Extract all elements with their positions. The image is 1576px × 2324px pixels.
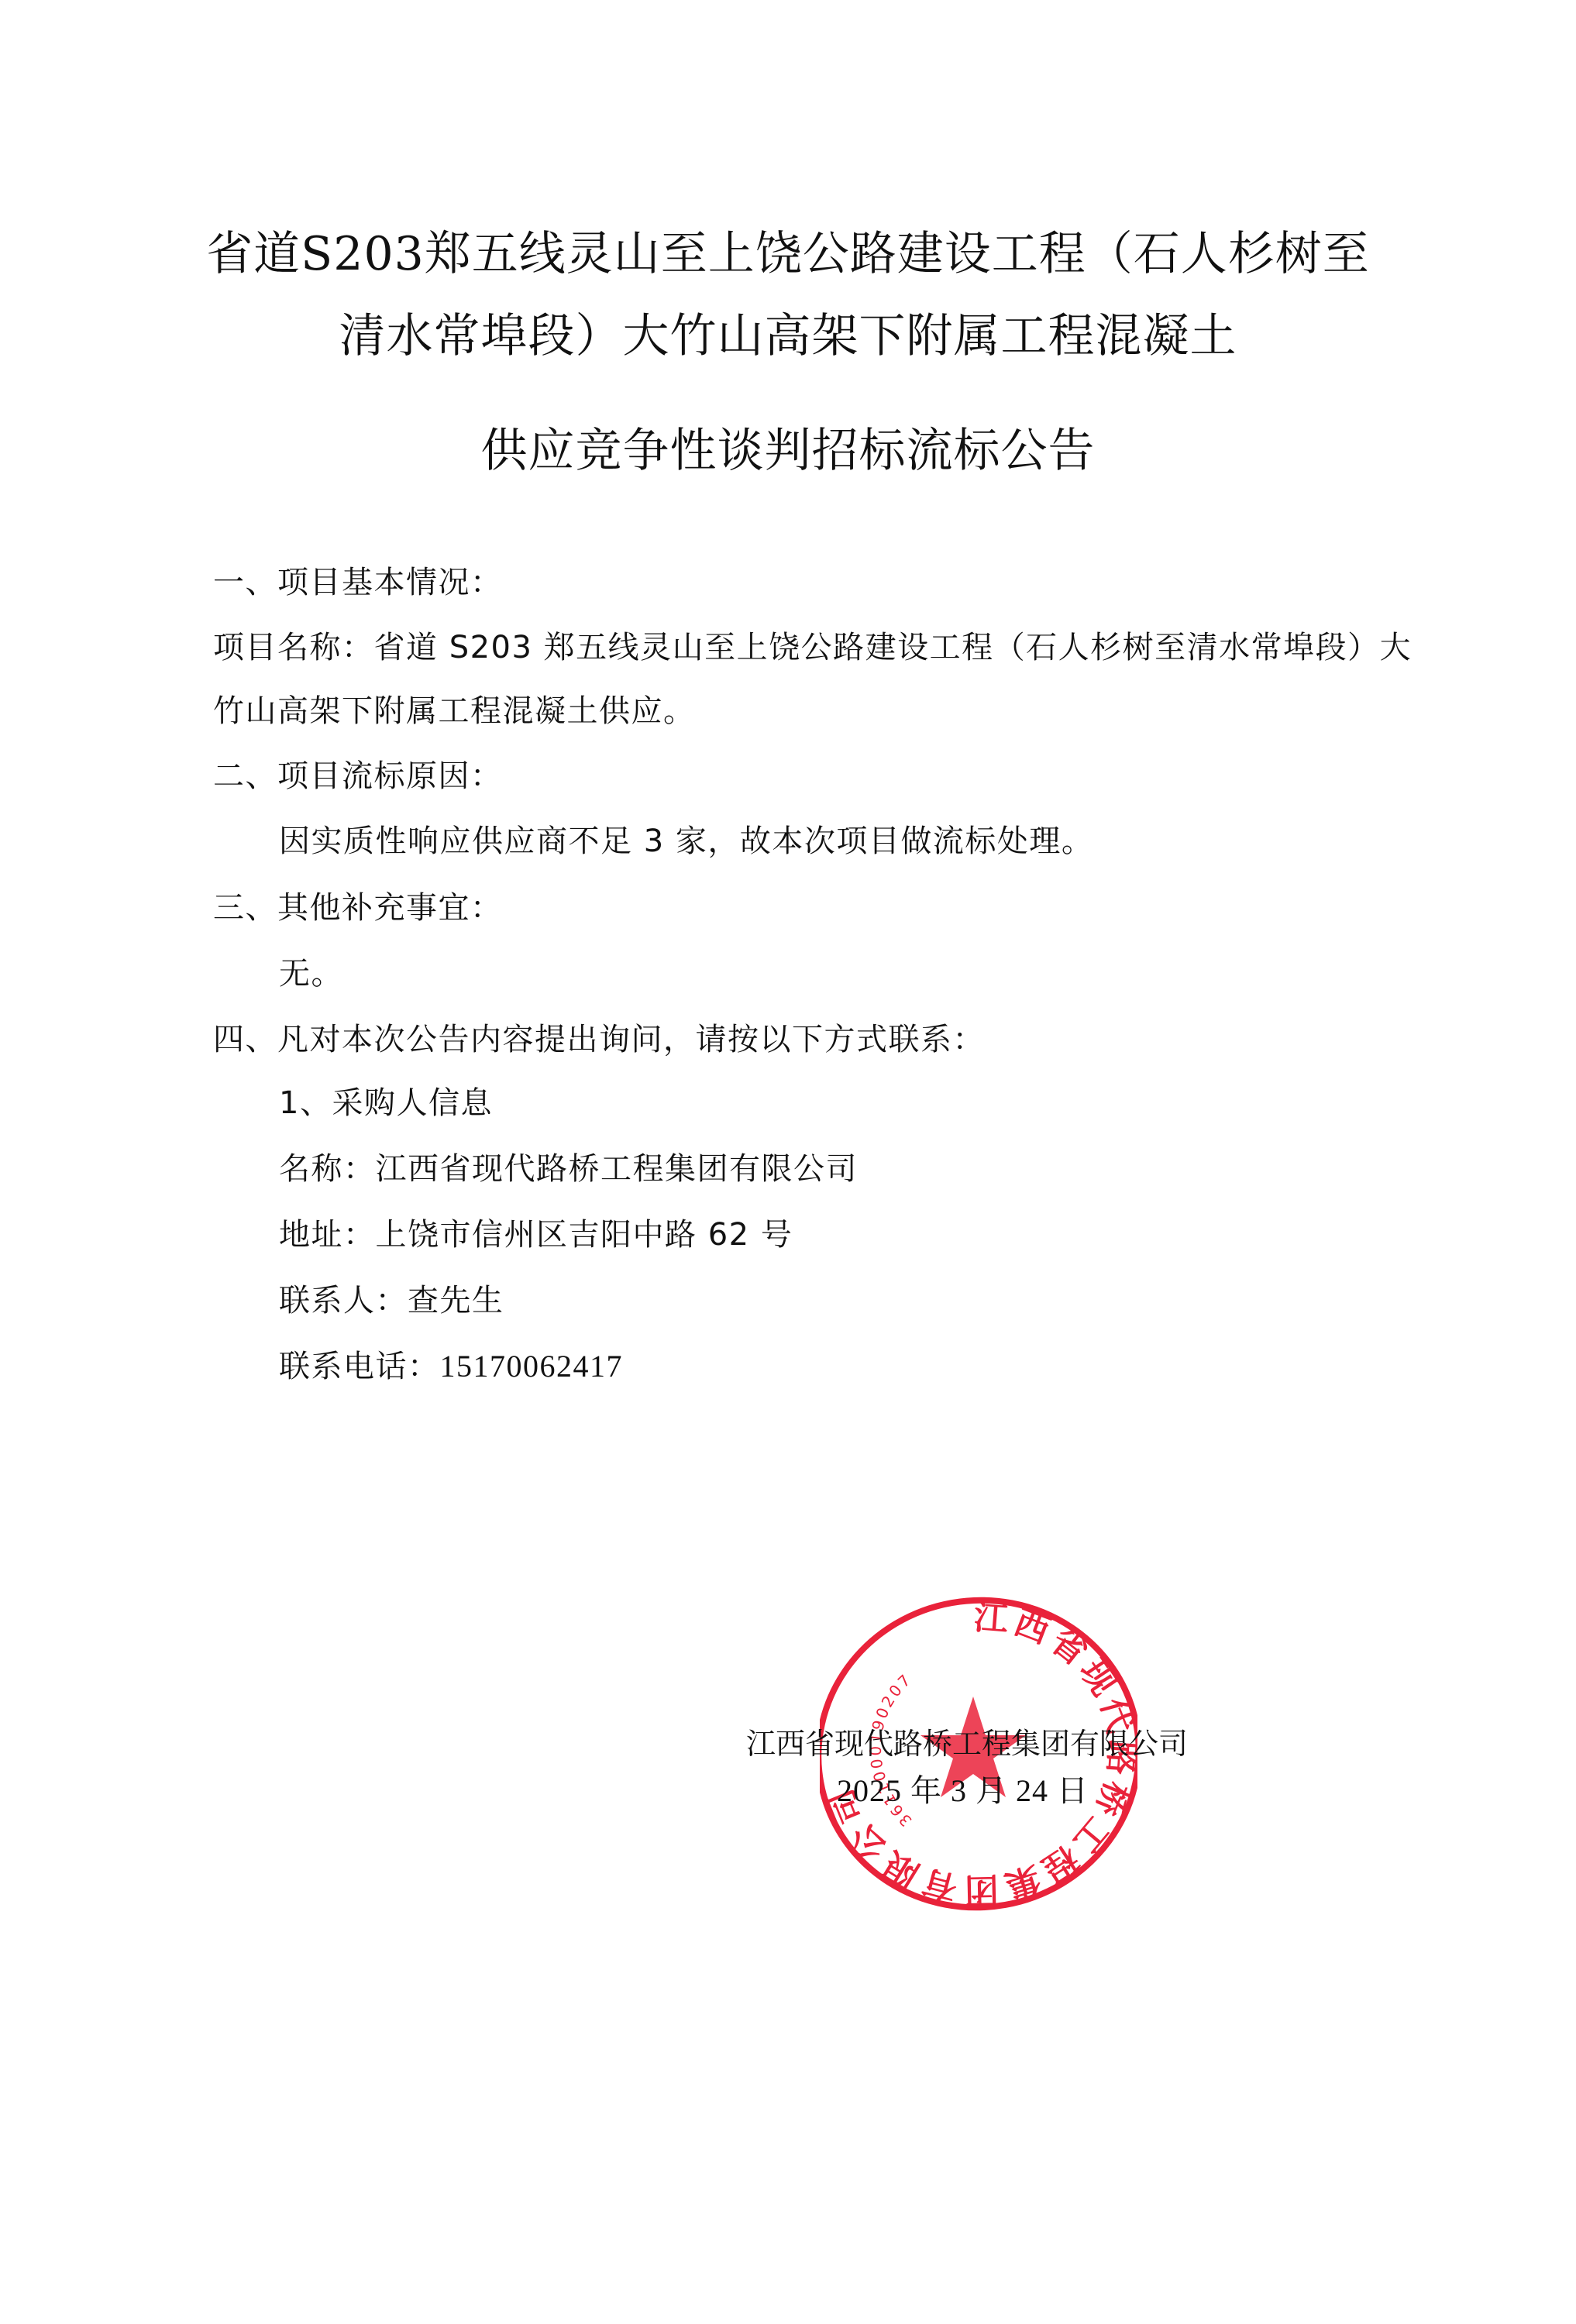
section-2-heading: 二、项目流标原因： [213, 758, 503, 795]
other-matters: 无。 [279, 955, 343, 992]
title-line-3: 供应竞争性谈判招标流标公告 [0, 423, 1576, 479]
purchaser-name: 名称：江西省现代路桥工程集团有限公司 [279, 1150, 858, 1188]
contact-phone-number: 15170062417 [440, 1349, 624, 1384]
contact-phone-row: 联系电话：15170062417 [279, 1348, 623, 1385]
title-line-1: 省道S203郑五线灵山至上饶公路建设工程（石人杉树至 [0, 226, 1576, 282]
title-line-2: 清水常埠段）大竹山高架下附属工程混凝土 [0, 308, 1576, 364]
purchaser-info-heading: 1、采购人信息 [279, 1085, 493, 1122]
document-page: 省道S203郑五线灵山至上饶公路建设工程（石人杉树至 清水常埠段）大竹山高架下附… [0, 0, 1576, 2324]
section-1-heading: 一、项目基本情况： [213, 564, 503, 601]
contact-phone-label: 联系电话： [279, 1349, 440, 1384]
section-4-heading: 四、凡对本次公告内容提出询问，请按以下方式联系： [213, 1021, 985, 1058]
project-name-line-1: 项目名称：省道 S203 郑五线灵山至上饶公路建设工程（石人杉树至清水常埠段）大 [213, 629, 1412, 666]
contact-person: 联系人：查先生 [279, 1282, 504, 1319]
purchaser-address: 地址：上饶市信州区吉阳中路 62 号 [279, 1216, 793, 1253]
section-3-heading: 三、其他补充事宜： [213, 889, 503, 927]
signature-date: 2025 年 3 月 24 日 [837, 1772, 1089, 1810]
signature-company: 江西省现代路桥工程集团有限公司 [746, 1726, 1188, 1762]
failure-reason: 因实质性响应供应商不足 3 家，故本次项目做流标处理。 [279, 823, 1093, 860]
project-name-line-2: 竹山高架下附属工程混凝土供应。 [213, 693, 696, 730]
